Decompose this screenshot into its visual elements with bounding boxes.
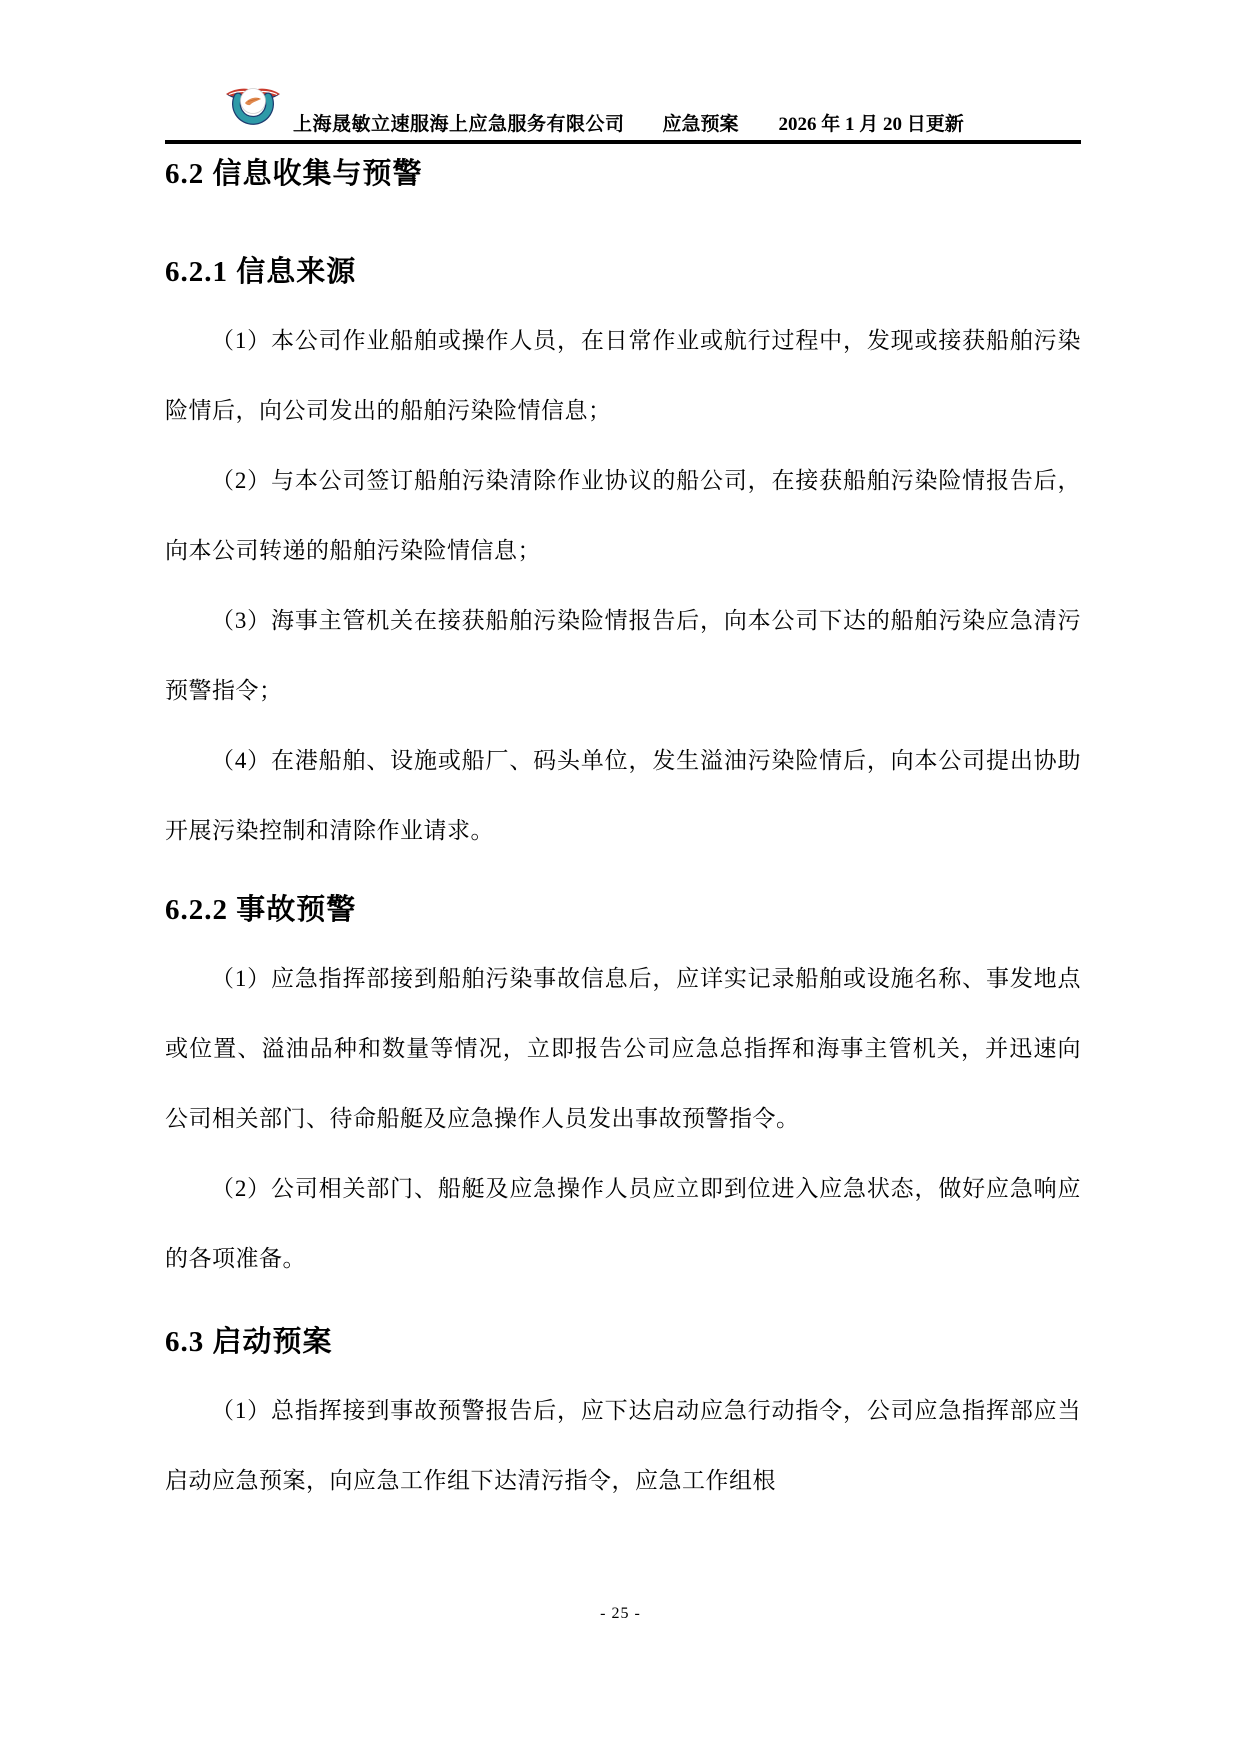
header-text: 上海晟敏立速服海上应急服务有限公司 应急预案 2026 年 1 月 20 日更新	[293, 112, 964, 138]
document-page: 上海晟敏立速服海上应急服务有限公司 应急预案 2026 年 1 月 20 日更新…	[0, 0, 1241, 1754]
subsection-heading-6-2-1: 6.2.1 信息来源	[165, 252, 1081, 292]
section-heading-6-2: 6.2 信息收集与预警	[165, 154, 1081, 194]
company-name: 上海晟敏立速服海上应急服务有限公司	[293, 112, 625, 138]
paragraph-info-source-3: （3）海事主管机关在接获船舶污染险情报告后，向本公司下达的船舶污染应急清污预警指…	[165, 586, 1081, 726]
company-logo-icon	[223, 77, 283, 138]
paragraph-info-source-4: （4）在港船舶、设施或船厂、码头单位，发生溢油污染险情后，向本公司提出协助开展污…	[165, 726, 1081, 866]
update-date: 2026 年 1 月 20 日更新	[779, 112, 964, 138]
page-header: 上海晟敏立速服海上应急服务有限公司 应急预案 2026 年 1 月 20 日更新	[165, 66, 1081, 144]
page-number: - 25 -	[0, 1605, 1241, 1623]
subsection-heading-6-2-2: 6.2.2 事故预警	[165, 890, 1081, 930]
document-body: 6.2 信息收集与预警 6.2.1 信息来源 （1）本公司作业船舶或操作人员，在…	[165, 148, 1081, 1516]
document-type: 应急预案	[663, 112, 739, 138]
paragraph-warning-2: （2）公司相关部门、船艇及应急操作人员应立即到位进入应急状态，做好应急响应的各项…	[165, 1154, 1081, 1294]
paragraph-activation-1: （1）总指挥接到事故预警报告后，应下达启动应急行动指令，公司应急指挥部应当启动应…	[165, 1376, 1081, 1516]
paragraph-info-source-1: （1）本公司作业船舶或操作人员，在日常作业或航行过程中，发现或接获船舶污染险情后…	[165, 306, 1081, 446]
section-heading-6-3: 6.3 启动预案	[165, 1322, 1081, 1362]
paragraph-warning-1: （1）应急指挥部接到船舶污染事故信息后，应详实记录船舶或设施名称、事发地点或位置…	[165, 944, 1081, 1154]
paragraph-info-source-2: （2）与本公司签订船舶污染清除作业协议的船公司，在接获船舶污染险情报告后，向本公…	[165, 446, 1081, 586]
